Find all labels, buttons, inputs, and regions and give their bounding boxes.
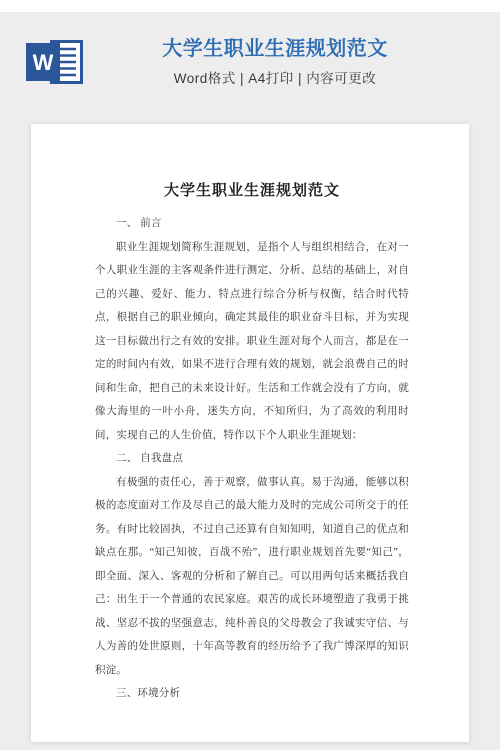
section-paragraph: 有极强的责任心，善于观察，做事认真。易于沟通，能够以积极的态度面对工作及尽自己的… (95, 471, 409, 683)
word-icon: W (26, 40, 84, 84)
document-page: 大学生职业生涯规划范文 一、 前言 职业生涯规划简称生涯规划，是指个人与组织相结… (31, 124, 469, 742)
preview-header: W 大学生职业生涯规划范文 Word格式 | A4打印 | 内容可更改 (0, 12, 500, 112)
template-subtitle: Word格式 | A4打印 | 内容可更改 (84, 67, 466, 87)
section-heading-3: 三、环境分析 (95, 682, 409, 706)
header-text-block: 大学生职业生涯规划范文 Word格式 | A4打印 | 内容可更改 (84, 37, 500, 87)
top-white-band (0, 0, 500, 12)
section-heading-2: 二、 自我盘点 (95, 447, 409, 471)
word-icon-letter: W (33, 50, 54, 75)
document-content: 大学生职业生涯规划范文 一、 前言 职业生涯规划简称生涯规划，是指个人与组织相结… (95, 178, 409, 706)
section-heading-1: 一、 前言 (95, 212, 409, 236)
document-title: 大学生职业生涯规划范文 (95, 178, 409, 204)
template-title: 大学生职业生涯规划范文 (84, 37, 466, 61)
section-paragraph: 职业生涯规划简称生涯规划，是指个人与组织相结合，在对一个人职业生涯的主客观条件进… (95, 236, 409, 448)
